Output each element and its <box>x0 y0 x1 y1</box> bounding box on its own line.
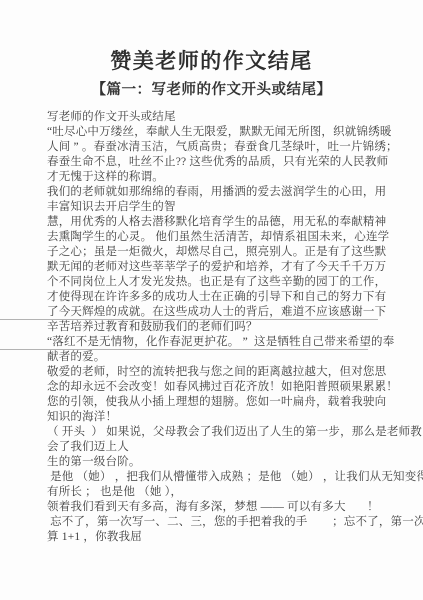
text-line: “吐尽心中万缕丝，奉献人生无限爱，默默无闻无所图，织就锦绣暖 <box>47 125 423 140</box>
body-text: 写老师的作文开头或结尾“吐尽心中万缕丝，奉献人生无限爱，默默无闻无所图，织就锦绣… <box>0 110 423 545</box>
document-page: 赞美老师的作文结尾 【篇一：写老师的作文开头或结尾】 写老师的作文开头或结尾“吐… <box>0 0 423 600</box>
text-line: 去熏陶学生的心灵。 他们虽然生活清苦，却情系祖国未来，心连学 <box>47 230 423 245</box>
text-line: 知识的海洋！ <box>47 410 423 425</box>
text-line: “落红不是无情物，化作春泥更护花。 ” 这是牺牲自己带来希望的奉 <box>47 335 423 350</box>
text-line: 是他 （她） ，把我们从懵懂带入成熟 ；是他 （她） ，让我们从无知变得学 <box>47 470 423 485</box>
text-line: 献者的爱。 <box>47 350 423 365</box>
text-line: 默无闻的老师对这些莘莘学子的爱护和培养，才有了今天千千万万 <box>47 260 423 275</box>
page-subtitle: 【篇一：写老师的作文开头或结尾】 <box>0 81 423 100</box>
text-line: 子之心；虽是一炬微火，却燃尽自己，照亮别人。正是有了这些默 <box>47 245 423 260</box>
text-line: 领着我们看到天有多高，海有多深，梦想 —— 可以有多大 ！ <box>47 500 423 515</box>
text-line: 春蚕生命不息，吐丝不止?? 这些优秀的品质，只有光荣的人民教师 <box>47 155 423 170</box>
text-line: 个不同岗位上人才发光发热。也正是有了这些辛勤的园丁的工作， <box>47 275 423 290</box>
text-line: 丰富知识去开启学生的智 <box>47 200 423 215</box>
text-line: 有所长 ； 也是他 （她 ）， <box>47 485 423 500</box>
text-line: 您的引领，使我从小插上理想的翅膀。您如一叶扁舟，载着我驶向 <box>47 395 423 410</box>
text-line: 辛苦培养过教育和鼓励我们的老师们吗？ <box>47 320 423 335</box>
text-line: 敬爱的老师，时空的流转把我与您之间的距离越拉越大，但对您思 <box>47 365 423 380</box>
text-line: 才无愧于这样的称谓。 <box>47 170 423 185</box>
text-line: 会了我们迈上人 <box>47 440 423 455</box>
text-line: 我们的老师就如那绵绵的春雨，用播洒的爱去滋润学生的心田，用 <box>47 185 423 200</box>
text-line: 生的第一级台阶。 <box>47 455 423 470</box>
text-line: （ 开头 ） 如果说，父母教会了我们迈出了人生的第一步，那么是老师教 <box>47 425 423 440</box>
page-title: 赞美老师的作文结尾 <box>0 46 423 76</box>
text-line: 算 1+1 ，你教我屈 <box>47 530 423 545</box>
text-line: 慧，用优秀的人格去潜移默化培育学生的品德，用无私的奉献精神 <box>47 215 423 230</box>
text-line: 才使得现在许许多多的成功人士在正确的引导下和自己的努力下有 <box>47 290 423 305</box>
text-line: 了今天辉煌的成就。在这些成功人士的背后，难道不应该感谢一下 <box>47 305 423 320</box>
text-line: 忘不了，第一次写一、二、三，您的手把着我的手 ；忘不了，第一次 <box>47 515 423 530</box>
text-line: 人间 ” 。春蚕冰清玉洁，气质高贵；春蚕食几茎绿叶，吐一片锦绣； <box>47 140 423 155</box>
text-line: 写老师的作文开头或结尾 <box>47 110 423 125</box>
text-line: 念的却永远不会改变！如春风拂过百花齐放！如艳阳普照硕果累累！ <box>47 380 423 395</box>
